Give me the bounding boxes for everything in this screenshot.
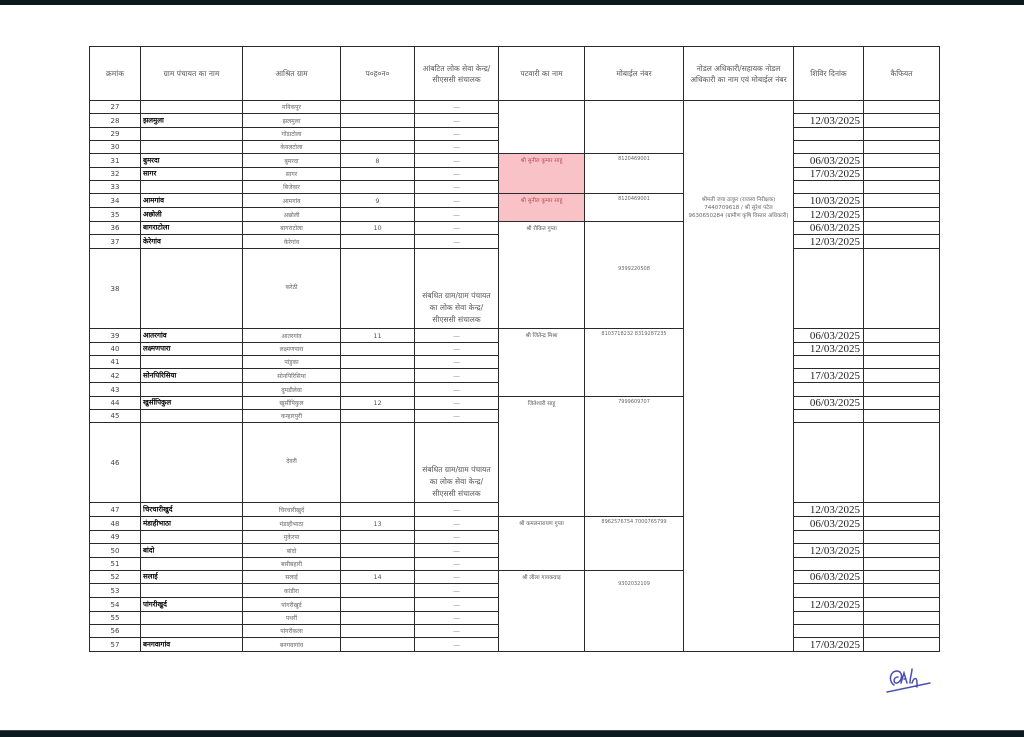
remarks-cell (863, 355, 940, 369)
ward-number: 12 (341, 399, 414, 407)
camp-date-cell: 12/03/2025 (793, 113, 864, 128)
dependent-village-name: बागराटोला (243, 224, 340, 232)
camp-schedule-table: क्रमांकग्राम पंचायत का नामआश्रित ग्रामप०… (89, 46, 939, 651)
village-cell: देवरी (242, 422, 341, 503)
center-cell: — (414, 557, 499, 571)
camp-date-cell: 06/03/2025 (793, 153, 864, 168)
mobile-number-cell: 9399220508 (584, 221, 684, 329)
ward-cell: 13 (340, 516, 415, 531)
mobile-number-cell: 8120469001 (584, 193, 684, 222)
ward-cell (340, 113, 415, 128)
gp-name-cell: बागराटोला (140, 221, 243, 235)
ward-cell: 8 (340, 153, 415, 168)
gram-panchayat-name: सलाई (141, 573, 242, 582)
remarks-cell (863, 167, 940, 181)
serial-cell: 39 (89, 328, 141, 343)
serial-number: 38 (90, 285, 140, 293)
camp-date-cell (793, 382, 864, 397)
serial-cell: 38 (89, 248, 141, 329)
gram-panchayat-name: केरेगांव (141, 237, 242, 246)
dependent-village-name: पथर्री (243, 614, 340, 622)
remarks-cell (863, 100, 940, 114)
remarks-cell (863, 502, 940, 517)
serial-cell: 52 (89, 570, 141, 584)
camp-date-cell: 06/03/2025 (793, 328, 864, 343)
remarks-cell (863, 557, 940, 571)
mobile-number-cell: 9302032109 (584, 570, 684, 652)
dependent-village-name: पांगरीकला (243, 627, 340, 635)
ward-cell (340, 207, 415, 222)
allotted-center-text: — (415, 547, 498, 555)
camp-date-cell (793, 355, 864, 369)
dependent-village-name: कांडीरा (243, 587, 340, 595)
remarks-cell (863, 624, 940, 638)
ward-cell (340, 597, 415, 612)
patwari-name: श्री सुनील कुमार साहू (499, 196, 584, 204)
serial-number: 40 (90, 345, 140, 353)
camp-date: 06/03/2025 (794, 571, 863, 583)
gram-panchayat-name: चिरचारीखुर्द (141, 505, 242, 514)
allotted-center-text: संबधित ग्राम/ग्राम पंचायत का लोक सेवा के… (415, 290, 498, 326)
mobile-number-cell: 8103718232 8319287235 (584, 328, 684, 397)
gp-name-cell: लक्ष्मणपारा (140, 342, 243, 356)
ward-number: 10 (341, 224, 414, 232)
gp-name-cell (140, 611, 243, 625)
remarks-cell (863, 113, 940, 128)
remarks-cell (863, 127, 940, 141)
serial-number: 39 (90, 332, 140, 340)
village-cell: लक्ष्मणपारा (242, 342, 341, 356)
serial-number: 49 (90, 533, 140, 541)
village-cell: बागराटोला (242, 221, 341, 235)
remarks-cell (863, 328, 940, 343)
gp-name-cell (140, 180, 243, 194)
allotted-center-text: — (415, 130, 498, 138)
center-cell: — (414, 127, 499, 141)
gp-name-cell (140, 422, 243, 503)
serial-number: 57 (90, 641, 140, 649)
mobile-number: 7999609707 (585, 399, 683, 405)
ward-cell (340, 167, 415, 181)
village-cell: मनिकपुर (242, 100, 341, 114)
serial-number: 33 (90, 183, 140, 191)
gp-name-cell (140, 127, 243, 141)
camp-date-cell (793, 127, 864, 141)
header-serial: क्रमांक (89, 46, 141, 101)
dependent-village-name: सागर (243, 170, 340, 178)
serial-number: 43 (90, 386, 140, 394)
center-cell: — (414, 100, 499, 114)
camp-date: 17/03/2025 (794, 370, 863, 382)
serial-number: 41 (90, 358, 140, 366)
village-cell: पांगरीखुर्द (242, 597, 341, 612)
allotted-center-text: — (415, 358, 498, 366)
allotted-center-text: — (415, 506, 498, 514)
center-cell: — (414, 167, 499, 181)
serial-number: 46 (90, 459, 140, 467)
camp-date-cell: 12/03/2025 (793, 342, 864, 356)
center-cell: — (414, 180, 499, 194)
gram-panchayat-name: झलमुला (141, 116, 242, 125)
serial-cell: 47 (89, 502, 141, 517)
header-camp-date: शिविर दिनांक (793, 46, 864, 101)
serial-cell: 31 (89, 153, 141, 168)
serial-number: 28 (90, 117, 140, 125)
allotted-center-text: — (415, 117, 498, 125)
allotted-center-text: — (415, 587, 498, 595)
center-cell: — (414, 234, 499, 249)
serial-cell: 41 (89, 355, 141, 369)
camp-date: 06/03/2025 (794, 518, 863, 530)
patwari-name: श्री रौकित गुप्ता (499, 224, 584, 232)
remarks-cell (863, 193, 940, 208)
gp-name-cell (140, 100, 243, 114)
center-cell: — (414, 140, 499, 154)
dependent-village-name: बसीबहारी (243, 560, 340, 568)
dependent-village-name: बनगवागांव (243, 641, 340, 649)
village-cell: बिजेवार (242, 180, 341, 194)
camp-date: 06/03/2025 (794, 222, 863, 234)
patwari-name-cell: जितेश्वरी साहू (498, 396, 585, 517)
gp-name-cell: सोनपिरिसिया (140, 368, 243, 383)
remarks-cell (863, 207, 940, 222)
remarks-cell (863, 382, 940, 397)
allotted-center-text: — (415, 386, 498, 394)
remarks-cell (863, 422, 940, 503)
gp-name-cell: आतरगांव (140, 328, 243, 343)
patwari-name: जितेश्वरी साहू (499, 399, 584, 407)
remarks-cell (863, 409, 940, 423)
gp-name-cell: चिरचारीखुर्द (140, 502, 243, 517)
gp-name-cell (140, 530, 243, 544)
ward-cell (340, 248, 415, 329)
gp-name-cell: झलमुला (140, 113, 243, 128)
gp-name-cell (140, 583, 243, 598)
mobile-number-cell: 8120469001 (584, 153, 684, 194)
header-mobile: मोबाईल नंबर (584, 46, 684, 101)
remarks-cell (863, 342, 940, 356)
serial-number: 31 (90, 157, 140, 165)
camp-date-cell: 10/03/2025 (793, 193, 864, 208)
serial-number: 54 (90, 601, 140, 609)
ward-number: 11 (341, 332, 414, 340)
mobile-number: 9399220508 (585, 266, 683, 272)
center-cell: — (414, 221, 499, 235)
gp-name-cell: केरेगांव (140, 234, 243, 249)
dependent-village-name: झलमुला (243, 117, 340, 125)
serial-number: 42 (90, 372, 140, 380)
camp-date-cell: 17/03/2025 (793, 637, 864, 652)
ward-cell (340, 180, 415, 194)
camp-date-cell: 17/03/2025 (793, 167, 864, 181)
allotted-center-text: — (415, 601, 498, 609)
gp-name-cell (140, 355, 243, 369)
allotted-center-text: — (415, 573, 498, 581)
gp-name-cell: आमगांव (140, 193, 243, 208)
allotted-center-text: — (415, 614, 498, 622)
gp-name-cell: खुर्सीपिकुल (140, 396, 243, 410)
dependent-village-name: अछोली (243, 211, 340, 219)
ward-number: 8 (341, 157, 414, 165)
dependent-village-name: चिरचारीखुर्द (243, 506, 340, 514)
serial-cell: 54 (89, 597, 141, 612)
ward-cell: 14 (340, 570, 415, 584)
village-cell: आतरगांव (242, 328, 341, 343)
center-cell: — (414, 207, 499, 222)
patwari-name-cell (498, 100, 585, 154)
gram-panchayat-name: सागर (141, 170, 242, 179)
gp-name-cell (140, 409, 243, 423)
dependent-village-name: केवलटोला (243, 143, 340, 151)
camp-date: 06/03/2025 (794, 397, 863, 409)
header-dependent-village: आश्रित ग्राम (242, 46, 341, 101)
serial-cell: 50 (89, 543, 141, 558)
serial-number: 48 (90, 520, 140, 528)
village-cell: पांडुका (242, 355, 341, 369)
camp-date: 17/03/2025 (794, 639, 863, 651)
center-cell: संबधित ग्राम/ग्राम पंचायत का लोक सेवा के… (414, 422, 499, 503)
ward-cell (340, 355, 415, 369)
village-cell: मुकेरपा (242, 530, 341, 544)
camp-date-cell (793, 180, 864, 194)
serial-cell: 45 (89, 409, 141, 423)
serial-number: 53 (90, 587, 140, 595)
camp-date-cell (793, 557, 864, 571)
camp-date-cell: 06/03/2025 (793, 516, 864, 531)
ward-cell (340, 127, 415, 141)
header-remarks: कैफियत (863, 46, 940, 101)
remarks-cell (863, 637, 940, 652)
serial-cell: 56 (89, 624, 141, 638)
village-cell: चिरचारीखुर्द (242, 502, 341, 517)
village-cell: पथर्री (242, 611, 341, 625)
center-cell: — (414, 396, 499, 410)
mobile-number-cell: 8962576754 7000765799 (584, 516, 684, 571)
village-cell: केवलटोला (242, 140, 341, 154)
dependent-village-name: गोंडाटोला (243, 130, 340, 138)
camp-date-cell: 17/03/2025 (793, 368, 864, 383)
village-cell: सोनपिरिसिया (242, 368, 341, 383)
serial-cell: 32 (89, 167, 141, 181)
allotted-center-text: — (415, 211, 498, 219)
gp-name-cell (140, 557, 243, 571)
allotted-center-text: — (415, 412, 498, 420)
dependent-village-name: बांदो (243, 547, 340, 555)
ward-cell: 12 (340, 396, 415, 410)
ward-cell (340, 502, 415, 517)
camp-date-cell: 06/03/2025 (793, 221, 864, 235)
remarks-cell (863, 583, 940, 598)
dependent-village-name: बिजेवार (243, 183, 340, 191)
nodal-officer-details: श्रीमती जया ठाकुर (राजस्व निरीक्षक) 7440… (684, 196, 793, 220)
serial-number: 34 (90, 197, 140, 205)
gram-panchayat-name: बांदो (141, 546, 242, 555)
gp-name-cell (140, 140, 243, 154)
gram-panchayat-name: खुर्सीपिकुल (141, 399, 242, 408)
serial-cell: 34 (89, 193, 141, 208)
remarks-cell (863, 221, 940, 235)
serial-cell: 53 (89, 583, 141, 598)
mobile-number: 8103718232 8319287235 (585, 331, 683, 337)
camp-date-cell: 06/03/2025 (793, 570, 864, 584)
camp-date-cell (793, 248, 864, 329)
camp-date: 12/03/2025 (794, 236, 863, 248)
patwari-name-cell: श्री कमलनारायण गुप्ता (498, 516, 585, 571)
ward-cell (340, 530, 415, 544)
dependent-village-name: देवरी (243, 457, 340, 465)
patwari-name-cell: श्री लीला गायकवाड़ (498, 570, 585, 652)
serial-cell: 48 (89, 516, 141, 531)
village-cell: बनगवागांव (242, 637, 341, 652)
gram-panchayat-name: लक्ष्मणपारा (141, 345, 242, 354)
ward-number: 13 (341, 520, 414, 528)
dependent-village-name: केरेगांव (243, 238, 340, 246)
allotted-center-text: — (415, 157, 498, 165)
allotted-center-text: — (415, 224, 498, 232)
serial-number: 51 (90, 560, 140, 568)
dependent-village-name: करेठी (243, 283, 340, 291)
allotted-center-text: — (415, 170, 498, 178)
dependent-village-name: सोनपिरिसिया (243, 372, 340, 380)
center-cell: — (414, 113, 499, 128)
camp-date: 12/03/2025 (794, 209, 863, 221)
village-cell: केरेगांव (242, 234, 341, 249)
allotted-center-text: — (415, 372, 498, 380)
serial-number: 47 (90, 506, 140, 514)
gp-name-cell (140, 248, 243, 329)
camp-date-cell (793, 530, 864, 544)
patwari-name-cell: श्री रौकित गुप्ता (498, 221, 585, 329)
remarks-cell (863, 368, 940, 383)
center-cell: — (414, 355, 499, 369)
camp-date: 06/03/2025 (794, 155, 863, 167)
bottom-frame-bar (0, 730, 1024, 737)
gram-panchayat-name: आमगांव (141, 196, 242, 205)
serial-cell: 30 (89, 140, 141, 154)
serial-number: 30 (90, 143, 140, 151)
village-cell: बांदो (242, 543, 341, 558)
serial-number: 44 (90, 399, 140, 407)
center-cell: संबधित ग्राम/ग्राम पंचायत का लोक सेवा के… (414, 248, 499, 329)
remarks-cell (863, 180, 940, 194)
serial-number: 29 (90, 130, 140, 138)
allotted-center-text: — (415, 345, 498, 353)
ward-cell: 11 (340, 328, 415, 343)
center-cell: — (414, 516, 499, 531)
center-cell: — (414, 193, 499, 208)
remarks-cell (863, 530, 940, 544)
dependent-village-name: मंडाहीभाठा (243, 520, 340, 528)
center-cell: — (414, 624, 499, 638)
patwari-name-cell: श्री सुनील कुमार साहू (498, 193, 585, 222)
serial-number: 56 (90, 627, 140, 635)
serial-cell: 37 (89, 234, 141, 249)
serial-cell: 46 (89, 422, 141, 503)
center-cell: — (414, 583, 499, 598)
gram-panchayat-name: पांगरीखुर्द (141, 600, 242, 609)
gp-name-cell: बांदो (140, 543, 243, 558)
header-nodal-officer: नोडल अधिकारी/सहायक नोडल अधिकारी का नाम ए… (683, 46, 794, 101)
village-cell: खुर्सीपिकुल (242, 396, 341, 410)
camp-date-cell: 12/03/2025 (793, 597, 864, 612)
serial-cell: 29 (89, 127, 141, 141)
center-cell: — (414, 502, 499, 517)
serial-number: 27 (90, 103, 140, 111)
remarks-cell (863, 570, 940, 584)
serial-cell: 40 (89, 342, 141, 356)
camp-date-cell (793, 624, 864, 638)
camp-date: 17/03/2025 (794, 168, 863, 180)
remarks-cell (863, 248, 940, 329)
header-ward-no: प०ह०न० (340, 46, 415, 101)
center-cell: — (414, 597, 499, 612)
village-cell: सागर (242, 167, 341, 181)
dependent-village-name: मुकेरपा (243, 533, 340, 541)
header-patwari-name: पटवारी का नाम (498, 46, 585, 101)
header-allotted-center: आंबटित लोक सेवा केन्द्र/सीएससी संचालक (414, 46, 499, 101)
camp-date: 12/03/2025 (794, 343, 863, 355)
ward-cell (340, 140, 415, 154)
serial-number: 37 (90, 238, 140, 246)
dependent-village-name: सलाई (243, 573, 340, 581)
serial-cell: 49 (89, 530, 141, 544)
allotted-center-text: — (415, 560, 498, 568)
ward-cell (340, 624, 415, 638)
gp-name-cell: बनगवागांव (140, 637, 243, 652)
camp-date-cell: 06/03/2025 (793, 396, 864, 410)
patwari-name: श्री लीला गायकवाड़ (499, 573, 584, 581)
village-cell: बसीबहारी (242, 557, 341, 571)
allotted-center-text: — (415, 332, 498, 340)
dependent-village-name: कन्हारपुरी (243, 412, 340, 420)
gp-name-cell: मंडाहीभाठा (140, 516, 243, 531)
gram-panchayat-name: बागराटोला (141, 224, 242, 233)
signature-mark (884, 663, 934, 699)
gp-name-cell: बुमरदा (140, 153, 243, 168)
camp-date: 12/03/2025 (794, 599, 863, 611)
serial-cell: 35 (89, 207, 141, 222)
mobile-number: 9302032109 (585, 581, 683, 587)
ward-cell (340, 100, 415, 114)
center-cell: — (414, 530, 499, 544)
gp-name-cell: अछोली (140, 207, 243, 222)
serial-number: 50 (90, 547, 140, 555)
camp-date-cell (793, 583, 864, 598)
village-cell: मंडाहीभाठा (242, 516, 341, 531)
serial-cell: 28 (89, 113, 141, 128)
ward-cell (340, 409, 415, 423)
gram-panchayat-name: आतरगांव (141, 331, 242, 340)
ward-cell: 10 (340, 221, 415, 235)
village-cell: बुमरदा (242, 153, 341, 168)
center-cell: — (414, 637, 499, 652)
village-cell: दुमडीलेवा (242, 382, 341, 397)
allotted-center-text: — (415, 533, 498, 541)
dependent-village-name: लक्ष्मणपारा (243, 345, 340, 353)
allotted-center-text: — (415, 399, 498, 407)
remarks-cell (863, 140, 940, 154)
allotted-center-text: — (415, 197, 498, 205)
nodal-officer-cell: श्रीमती जया ठाकुर (राजस्व निरीक्षक) 7440… (683, 100, 794, 652)
center-cell: — (414, 153, 499, 168)
gp-name-cell: सलाई (140, 570, 243, 584)
allotted-center-text: — (415, 520, 498, 528)
camp-date: 10/03/2025 (794, 195, 863, 207)
dependent-village-name: दुमडीलेवा (243, 386, 340, 394)
camp-date-cell (793, 100, 864, 114)
mobile-number: 8962576754 7000765799 (585, 519, 683, 525)
center-cell: — (414, 368, 499, 383)
